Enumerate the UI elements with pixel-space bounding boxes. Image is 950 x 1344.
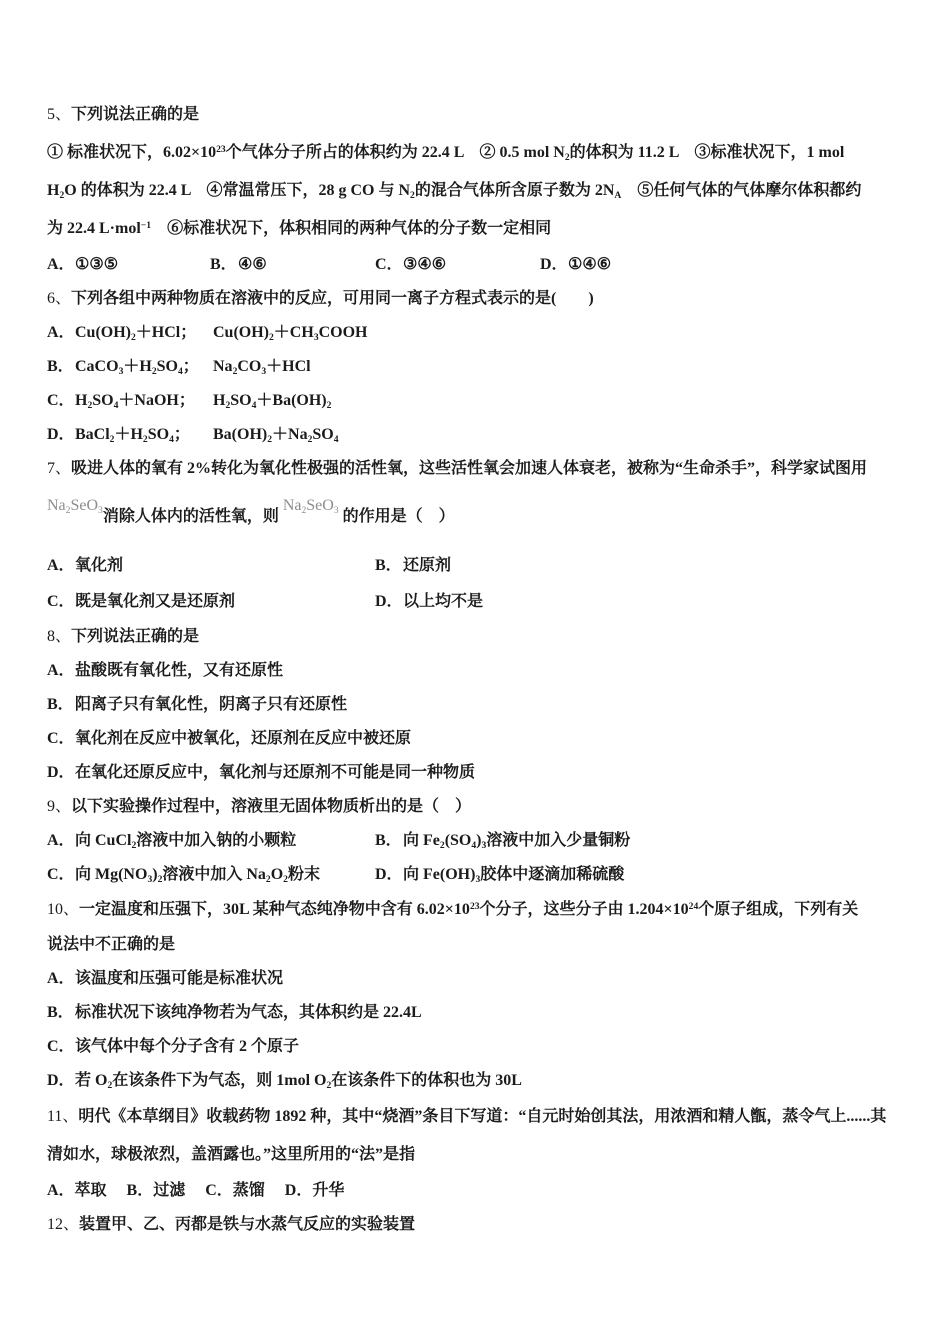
q6-option-d-formula-1: BaCl2＋H2SO4； xyxy=(75,418,213,452)
q6-option-a-formula-1: Cu(OH)2＋HCl； xyxy=(75,316,213,350)
q6-option-a-formula-2: Cu(OH)2＋CH3COOH xyxy=(213,324,368,341)
q7-option-d-text: 以上均不是 xyxy=(403,593,483,610)
q7-options-row-1: A．氧化剂 B．还原剂 xyxy=(47,548,938,584)
q7-option-c: C．既是氧化剂又是还原剂 xyxy=(47,584,235,620)
q7-option-b: B．还原剂 xyxy=(375,548,451,584)
q8-number: 8、 xyxy=(47,628,71,645)
q12-title-text: 装置甲、乙、丙都是铁与水蒸气反应的实验装置 xyxy=(79,1216,415,1233)
q8-option-c-letter: C． xyxy=(47,722,75,756)
q8-option-a-text: 盐酸既有氧化性，又有还原性 xyxy=(75,662,283,679)
q11-stem-line-1: 11、明代《本草纲目》收载药物 1892 种，其中“烧酒”条目下写道：“自元时始… xyxy=(47,1098,938,1136)
q10-option-a-letter: A． xyxy=(47,962,75,996)
q5-option-b-text: ④⑥ xyxy=(238,256,267,273)
q6-option-b-formula-1: CaCO3＋H2SO4； xyxy=(75,350,213,384)
q9-option-c-letter: C． xyxy=(47,858,75,892)
question-8: 8、下列说法正确的是 A．盐酸既有氧化性，又有还原性 B．阳离子只有氧化性，阴离… xyxy=(47,620,938,790)
q6-title: 6、下列各组中两种物质在溶液中的反应，可用同一离子方程式表示的是( ) xyxy=(47,282,938,316)
q10-stem-line-1: 10、一定温度和压强下，30L 某种气态纯净物中含有 6.02×1023个分子，… xyxy=(47,892,938,927)
q7-option-a: A．氧化剂 xyxy=(47,548,123,584)
q8-option-b-text: 阳离子只有氧化性，阴离子只有还原性 xyxy=(75,696,347,713)
q7-option-c-text: 既是氧化剂又是还原剂 xyxy=(75,593,235,610)
q5-option-b-letter: B． xyxy=(210,248,238,282)
q6-title-text: 下列各组中两种物质在溶液中的反应，可用同一离子方程式表示的是( ) xyxy=(71,290,594,307)
q6-option-d: D．BaCl2＋H2SO4；Ba(OH)2＋Na2SO4 xyxy=(47,418,938,452)
q9-number: 9、 xyxy=(47,798,71,815)
q6-option-c: C．H2SO4＋NaOH；H2SO4＋Ba(OH)2 xyxy=(47,384,938,418)
q6-number: 6、 xyxy=(47,290,71,307)
q9-option-c: C．向 Mg(NO3)2溶液中加入 Na2O2粉末 xyxy=(47,858,320,892)
q6-option-b-formula-2: Na2CO3＋HCl xyxy=(213,358,311,375)
q11-stem-text-1: 明代《本草纲目》收载药物 1892 种，其中“烧酒”条目下写道：“自元时始创其法… xyxy=(78,1108,886,1125)
q7-option-c-letter: C． xyxy=(47,584,75,620)
q5-number: 5、 xyxy=(47,106,71,123)
q10-stem-text-1: 一定温度和压强下，30L 某种气态纯净物中含有 6.02×1023个分子，这些分… xyxy=(79,901,858,918)
q9-option-c-text: 向 Mg(NO3)2溶液中加入 Na2O2粉末 xyxy=(75,866,320,883)
question-10: 10、一定温度和压强下，30L 某种气态纯净物中含有 6.02×1023个分子，… xyxy=(47,892,938,1098)
q5-option-c-letter: C． xyxy=(375,248,403,282)
q6-option-c-formula-2: H2SO4＋Ba(OH)2 xyxy=(213,392,331,409)
q8-option-a-letter: A． xyxy=(47,654,75,688)
q6-option-b: B．CaCO3＋H2SO4；Na2CO3＋HCl xyxy=(47,350,938,384)
q10-number: 10、 xyxy=(47,901,79,918)
q7-option-d-letter: D． xyxy=(375,584,403,620)
q8-option-a: A．盐酸既有氧化性，又有还原性 xyxy=(47,654,938,688)
q5-option-c-text: ③④⑥ xyxy=(403,256,446,273)
question-11: 11、明代《本草纲目》收载药物 1892 种，其中“烧酒”条目下写道：“自元时始… xyxy=(47,1098,938,1208)
q7-options-row-2: C．既是氧化剂又是还原剂 D．以上均不是 xyxy=(47,584,938,620)
q9-option-b-letter: B． xyxy=(375,824,403,858)
q8-option-d-letter: D． xyxy=(47,756,75,790)
question-7: 7、吸进人体的氧有 2%转化为氧化性极强的活性氧，这些活性氧会加速人体衰老，被称… xyxy=(47,452,938,620)
q10-option-d-text: 若 O2在该条件下为气态，则 1mol O2在该条件下的体积也为 30L xyxy=(75,1072,522,1089)
question-5: 5、下列说法正确的是 ① 标准状况下，6.02×1023个气体分子所占的体积约为… xyxy=(47,96,938,282)
q7-option-d: D．以上均不是 xyxy=(375,584,483,620)
q7-stem-line-2: Na2SeO3消除人体内的活性氧，则 Na2SeO3 的作用是（ ） xyxy=(47,486,938,548)
q10-stem-line-2: 说法中不正确的是 xyxy=(47,927,938,962)
q9-title-text: 以下实验操作过程中，溶液里无固体物质析出的是（ ） xyxy=(71,798,471,815)
q10-option-c-letter: C． xyxy=(47,1030,75,1064)
q8-option-b: B．阳离子只有氧化性，阴离子只有还原性 xyxy=(47,688,938,722)
q9-option-a-letter: A． xyxy=(47,824,75,858)
q7-option-a-text: 氧化剂 xyxy=(75,557,123,574)
q8-option-c: C．氧化剂在反应中被氧化，还原剂在反应中被还原 xyxy=(47,722,938,756)
q12-number: 12、 xyxy=(47,1216,79,1233)
q5-stem-line-2: H2O 的体积为 22.4 L ④常温常压下，28 g CO 与 N2的混合气体… xyxy=(47,172,938,210)
question-9: 9、以下实验操作过程中，溶液里无固体物质析出的是（ ） A．向 CuCl2溶液中… xyxy=(47,790,938,892)
q9-option-d-text: 向 Fe(OH)3胶体中逐滴加稀硫酸 xyxy=(403,866,624,883)
q5-option-d-letter: D． xyxy=(540,248,568,282)
q5-option-a-text: ①③⑤ xyxy=(75,256,118,273)
q8-title-text: 下列说法正确的是 xyxy=(71,628,199,645)
q6-option-b-letter: B． xyxy=(47,350,75,384)
q10-option-b: B．标准状况下该纯净物若为气态，其体积约是 22.4L xyxy=(47,996,938,1030)
q5-title: 5、下列说法正确的是 xyxy=(47,96,938,134)
q9-option-a-text: 向 CuCl2溶液中加入钠的小颗粒 xyxy=(75,832,296,849)
q9-option-d-letter: D． xyxy=(375,858,403,892)
q6-option-c-letter: C． xyxy=(47,384,75,418)
q5-option-c: C．③④⑥ xyxy=(375,248,446,282)
q8-option-c-text: 氧化剂在反应中被氧化，还原剂在反应中被还原 xyxy=(75,730,411,747)
q7-stem-line-1: 7、吸进人体的氧有 2%转化为氧化性极强的活性氧，这些活性氧会加速人体衰老，被称… xyxy=(47,452,938,486)
q8-option-d-text: 在氧化还原反应中，氧化剂与还原剂不可能是同一种物质 xyxy=(75,764,475,781)
q5-option-b: B．④⑥ xyxy=(210,248,267,282)
q12-title: 12、装置甲、乙、丙都是铁与水蒸气反应的实验装置 xyxy=(47,1208,938,1242)
q9-option-d: D．向 Fe(OH)3胶体中逐滴加稀硫酸 xyxy=(375,858,624,892)
q9-option-a: A．向 CuCl2溶液中加入钠的小颗粒 xyxy=(47,824,296,858)
q9-options-row-2: C．向 Mg(NO3)2溶液中加入 Na2O2粉末 D．向 Fe(OH)3胶体中… xyxy=(47,858,938,892)
q5-title-text: 下列说法正确的是 xyxy=(71,106,199,123)
q10-option-d-letter: D． xyxy=(47,1064,75,1098)
q8-option-b-letter: B． xyxy=(47,688,75,722)
q11-number: 11、 xyxy=(47,1108,78,1125)
exam-page: 5、下列说法正确的是 ① 标准状况下，6.02×1023个气体分子所占的体积约为… xyxy=(0,0,950,1344)
q10-option-b-letter: B． xyxy=(47,996,75,1030)
q10-option-c-text: 该气体中每个分子含有 2 个原子 xyxy=(75,1038,299,1055)
q9-options-row-1: A．向 CuCl2溶液中加入钠的小颗粒 B．向 Fe2(SO4)3溶液中加入少量… xyxy=(47,824,938,858)
q11-stem-line-2: 清如水，球极浓烈，盖酒露也。”这里所用的“法”是指 xyxy=(47,1136,938,1174)
q5-stem-line-1: ① 标准状况下，6.02×1023个气体分子所占的体积约为 22.4 L ② 0… xyxy=(47,134,938,172)
q7-option-a-letter: A． xyxy=(47,548,75,584)
q7-option-b-letter: B． xyxy=(375,548,403,584)
q5-option-a-letter: A． xyxy=(47,248,75,282)
q6-option-a: A．Cu(OH)2＋HCl；Cu(OH)2＋CH3COOH xyxy=(47,316,938,350)
q8-option-d: D．在氧化还原反应中，氧化剂与还原剂不可能是同一种物质 xyxy=(47,756,938,790)
q5-option-d-text: ①④⑥ xyxy=(568,256,611,273)
q10-option-c: C．该气体中每个分子含有 2 个原子 xyxy=(47,1030,938,1064)
question-6: 6、下列各组中两种物质在溶液中的反应，可用同一离子方程式表示的是( ) A．Cu… xyxy=(47,282,938,452)
q10-option-a: A．该温度和压强可能是标准状况 xyxy=(47,962,938,996)
q9-title: 9、以下实验操作过程中，溶液里无固体物质析出的是（ ） xyxy=(47,790,938,824)
q7-number: 7、 xyxy=(47,460,71,477)
q10-option-b-text: 标准状况下该纯净物若为气态，其体积约是 22.4L xyxy=(75,1004,422,1021)
q10-option-d: D．若 O2在该条件下为气态，则 1mol O2在该条件下的体积也为 30L xyxy=(47,1064,938,1098)
q8-title: 8、下列说法正确的是 xyxy=(47,620,938,654)
q7-option-b-text: 还原剂 xyxy=(403,557,451,574)
q9-option-b-text: 向 Fe2(SO4)3溶液中加入少量铜粉 xyxy=(403,832,630,849)
q9-option-b: B．向 Fe2(SO4)3溶液中加入少量铜粉 xyxy=(375,824,630,858)
q10-option-a-text: 该温度和压强可能是标准状况 xyxy=(75,970,283,987)
question-12: 12、装置甲、乙、丙都是铁与水蒸气反应的实验装置 xyxy=(47,1208,938,1242)
q5-options-row: A．①③⑤ B．④⑥ C．③④⑥ D．①④⑥ xyxy=(47,248,938,282)
q7-stem-text-1: 吸进人体的氧有 2%转化为氧化性极强的活性氧，这些活性氧会加速人体衰老，被称为“… xyxy=(71,460,867,477)
q5-option-a: A．①③⑤ xyxy=(47,248,118,282)
q6-option-d-formula-2: Ba(OH)2＋Na2SO4 xyxy=(213,426,339,443)
q6-option-a-letter: A． xyxy=(47,316,75,350)
q5-option-d: D．①④⑥ xyxy=(540,248,611,282)
q6-option-d-letter: D． xyxy=(47,418,75,452)
q5-stem-line-3: 为 22.4 L·mol−1 ⑥标准状况下，体积相同的两种气体的分子数一定相同 xyxy=(47,210,938,248)
q6-option-c-formula-1: H2SO4＋NaOH； xyxy=(75,384,213,418)
q11-options-row: A．萃取 B．过滤 C．蒸馏 D．升华 xyxy=(47,1174,938,1208)
